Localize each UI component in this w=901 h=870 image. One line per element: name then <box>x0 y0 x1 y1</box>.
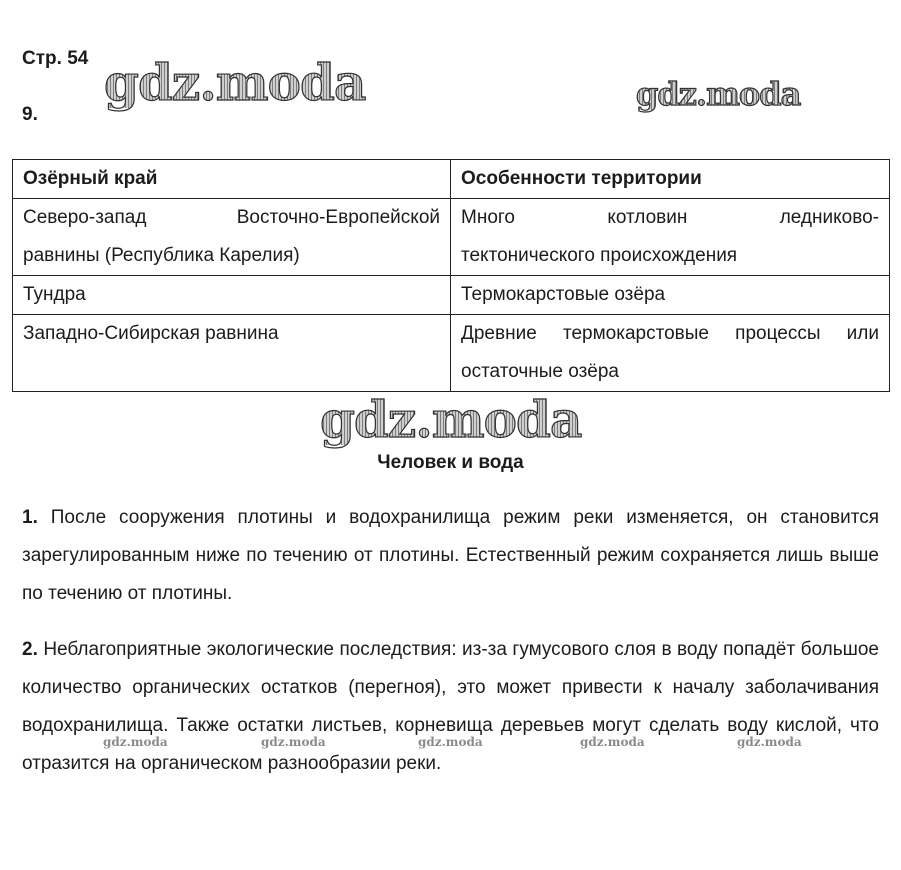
column-header-features: Особенности территории <box>451 160 890 199</box>
watermark-small: gdz.moda <box>418 735 483 749</box>
answer-paragraph: 1. После сооружения плотины и водохранил… <box>22 499 879 613</box>
watermark-small: gdz.moda <box>261 735 326 749</box>
answer-text: Неблагоприятные экологические последстви… <box>22 639 879 774</box>
cell-feature: Древние термокарстовые процессы или оста… <box>451 315 890 392</box>
table-row: Западно-Сибирская равнина Древние термок… <box>13 315 890 392</box>
cell-feature: Много котловин ледниково- тектонического… <box>451 199 890 276</box>
table-row: Северо-запад Восточно-Европейской равнин… <box>13 199 890 276</box>
answer-number: 1. <box>22 507 38 528</box>
answer-number: 2. <box>22 639 38 660</box>
watermark-small: gdz.moda <box>580 735 645 749</box>
lakes-table: Озёрный край Особенности территории Севе… <box>12 159 890 392</box>
watermark-logo: gdz.moda <box>320 395 581 445</box>
watermark-small: gdz.moda <box>737 735 802 749</box>
watermark-small: gdz.moda <box>103 735 168 749</box>
watermark-logo: gdz.moda <box>104 58 365 108</box>
table-row: Тундра Термокарстовые озёра <box>13 276 890 315</box>
column-header-region: Озёрный край <box>13 160 451 199</box>
watermark-logo: gdz.moda <box>636 78 800 110</box>
answer-paragraph: 2. Неблагоприятные экологические последс… <box>22 631 879 783</box>
cell-feature-line: тектонического происхождения <box>461 237 879 275</box>
answer-text: После сооружения плотины и водохранилища… <box>22 507 879 604</box>
cell-region: Северо-запад Восточно-Европейской равнин… <box>13 199 451 276</box>
table-header-row: Озёрный край Особенности территории <box>13 160 890 199</box>
cell-feature-line: Много котловин ледниково- <box>461 199 879 237</box>
cell-region: Западно-Сибирская равнина <box>13 315 451 392</box>
cell-region-line: равнины (Республика Карелия) <box>23 237 440 275</box>
page-label: Стр. 54 <box>22 48 88 70</box>
task-number: 9. <box>22 104 38 126</box>
cell-region-line: Северо-запад Восточно-Европейской <box>23 199 440 237</box>
cell-feature: Термокарстовые озёра <box>451 276 890 315</box>
section-title: Человек и вода <box>0 452 901 474</box>
cell-region: Тундра <box>13 276 451 315</box>
